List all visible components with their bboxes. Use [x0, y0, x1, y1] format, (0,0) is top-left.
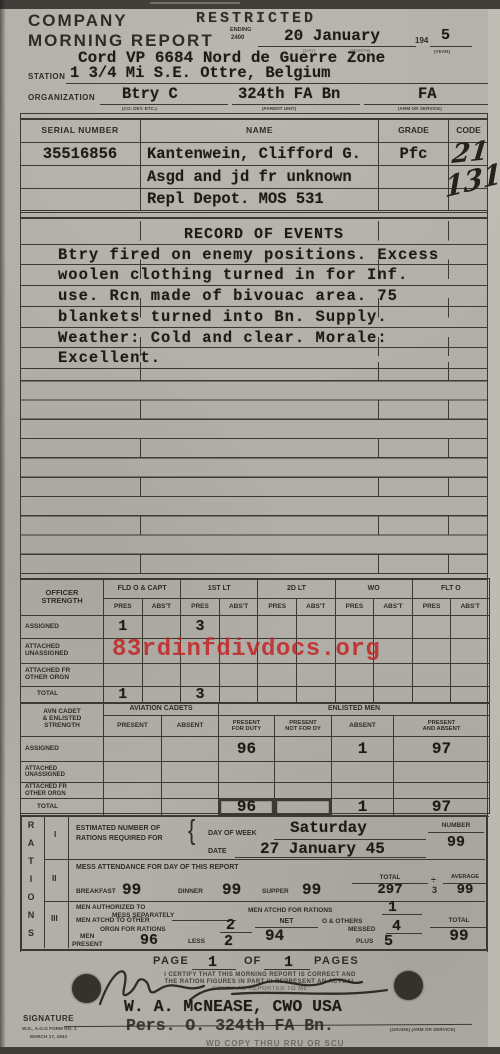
- wd-copy-note: WD COPY THRU RRU OR SCU: [206, 1040, 344, 1048]
- officer-cell: [335, 664, 374, 687]
- enlisted-cell: [161, 737, 218, 762]
- org-unit-sublabel: (CO. DET. ETC.): [122, 107, 157, 112]
- roster-serial: [20, 166, 140, 189]
- year-underline: [430, 46, 472, 47]
- officer-cell: [219, 664, 258, 687]
- enlisted-col-header: ABSENT: [331, 716, 393, 737]
- roster-bottom-rule: [20, 212, 488, 219]
- enlisted-men-group-header: ENLISTED MEN: [218, 703, 489, 716]
- org-arm-value: FA: [418, 87, 437, 103]
- atchd-for-underline: [382, 914, 422, 915]
- form-title-line1: COMPANY: [28, 12, 128, 29]
- form-title-line2: MORNING REPORT: [28, 32, 214, 49]
- supper-label: SUPPER: [262, 889, 289, 896]
- day-of-week-value: Saturday: [290, 820, 367, 836]
- dinner-label: DINNER: [178, 889, 203, 896]
- officer-group-header: 2D LT: [257, 579, 334, 599]
- officer-cell: [450, 639, 489, 664]
- blank-col-divider: [448, 362, 449, 574]
- plus-value: 5: [384, 934, 393, 949]
- enlisted-col-header: PRESENT FOR DUTY: [218, 716, 274, 737]
- rations-side-label: RATIONS: [26, 820, 35, 946]
- enlisted-col-header: PRESENT AND ABSENT: [393, 716, 489, 737]
- aviation-cadets-group-header: AVIATION CADETS: [103, 703, 218, 716]
- enlisted-cell: [274, 762, 331, 783]
- men-present-value: 96: [140, 933, 158, 948]
- officer-cell: [103, 664, 142, 687]
- organization-label: ORGANIZATION: [28, 94, 95, 102]
- officer-cell: [180, 664, 219, 687]
- officer-group-header: FLT O: [412, 579, 489, 599]
- men-atchd-other-value: 2: [226, 918, 235, 933]
- enlisted-col-header: PRESENT: [103, 716, 161, 737]
- roster-serial: [20, 189, 140, 211]
- events-line: Btry fired on enemy positions. Excess: [58, 248, 439, 264]
- roster-col-serial: SERIAL NUMBER: [20, 119, 140, 143]
- breakfast-value: 99: [122, 882, 141, 898]
- rations-section: RATIONS I II III ESTIMATED NUMBER OF RAT…: [20, 815, 488, 951]
- scan-top-edge-highlight: [150, 2, 240, 4]
- officer-cell: [450, 616, 489, 639]
- events-line: Weather: Cold and clear. Morale:: [58, 331, 388, 347]
- scan-bottom-edge: [0, 1047, 500, 1054]
- plus-label: PLUS: [356, 939, 373, 946]
- enlisted-cell: [393, 783, 489, 799]
- enlisted-col-header: PRESENT NOT FOR DY: [274, 716, 331, 737]
- enlisted-cell: 1: [331, 737, 393, 762]
- year-sublabel: (YEAR): [434, 50, 450, 55]
- roster-grade: [378, 189, 448, 211]
- officer-subheader-abst: ABS'T: [450, 599, 489, 616]
- enlisted-table-title: AVN CADET & ENLISTED STRENGTH: [21, 703, 103, 737]
- officer-cell: [412, 639, 451, 664]
- roster-serial: 35516856: [20, 143, 140, 166]
- roster-name: Asgd and jd fr unknown: [140, 166, 378, 189]
- officer-subheader-pres: PRES: [257, 599, 296, 616]
- officer-subheader-abst: ABS'T: [219, 599, 258, 616]
- officer-row-label: ASSIGNED: [21, 616, 103, 639]
- rations-total-box: TOTAL 99: [430, 916, 488, 949]
- roster-table: SERIAL NUMBER NAME GRADE CODE 35516856 K…: [20, 119, 488, 211]
- men-atchd-for-rations-label: MEN ATCHD FOR RATIONS: [248, 908, 332, 915]
- enlisted-row-label: ASSIGNED: [21, 737, 103, 762]
- officer-row-label: ATTACHED FR OTHER ORGN: [21, 664, 103, 687]
- roster-grade: Pfc: [378, 143, 448, 166]
- officer-cell: [412, 664, 451, 687]
- events-line-row: use. Rcn made of bivouac area. 75: [20, 286, 488, 307]
- report-date-value: 20 January: [284, 28, 380, 44]
- roster-grade: [378, 166, 448, 189]
- enlisted-cell: 96: [218, 737, 274, 762]
- officer-table-title: OFFICER STRENGTH: [21, 579, 103, 616]
- day-of-week-label: DAY OF WEEK: [208, 830, 257, 837]
- net-value: 94: [255, 928, 318, 944]
- rations-brace: {: [188, 816, 195, 844]
- morning-report-scan: COMPANY MORNING REPORT RESTRICTED ENDING…: [0, 0, 500, 1054]
- officer-cell: [257, 664, 296, 687]
- number-value: 99: [428, 833, 484, 853]
- officer-subheader-abst: ABS'T: [373, 599, 412, 616]
- form-date: MARCH 17, 1943: [30, 1035, 67, 1040]
- date-underline-2: [235, 857, 426, 858]
- enlisted-row-label: ATTACHED UNASSIGNED: [21, 762, 103, 783]
- org-parent-sublabel: (PARENT UNIT): [262, 107, 296, 112]
- mess-attendance-label: MESS ATTENDANCE FOR DAY OF THIS REPORT: [76, 864, 239, 871]
- blank-col-divider: [140, 362, 141, 574]
- station-value: 1 3/4 Mi S.E. Ottre, Belgium: [70, 66, 330, 82]
- signer-name: W. A. McNEASE, CWO USA: [124, 999, 342, 1016]
- officer-cell: [142, 664, 181, 687]
- rations-sep-1: [44, 859, 485, 860]
- org-arm-sublabel: (ARM OR SERVICE): [398, 107, 442, 112]
- officer-cell: [373, 664, 412, 687]
- ending-label: ENDING: [230, 28, 251, 34]
- org-parent-underline: [232, 104, 360, 105]
- officer-subheader-pres: PRES: [180, 599, 219, 616]
- number-label: NUMBER: [428, 820, 484, 833]
- roster-name: Kantenwein, Clifford G.: [140, 143, 378, 166]
- enlisted-strength-table: AVN CADET & ENLISTED STRENGTH AVIATION C…: [20, 702, 490, 814]
- enlisted-cell: [218, 783, 274, 799]
- officer-subheader-pres: PRES: [335, 599, 374, 616]
- year-prefix: 194: [415, 37, 428, 45]
- enlisted-col-header: ABSENT: [161, 716, 218, 737]
- events-heading-row: RECORD OF EVENTS: [20, 221, 488, 245]
- officer-subheader-pres: PRES: [412, 599, 451, 616]
- date-underline: [258, 46, 416, 47]
- men-label: MEN: [80, 934, 94, 941]
- record-of-events-block: RECORD OF EVENTS Btry fired on enemy pos…: [20, 221, 488, 362]
- events-line-row: woolen clothing turned in for Inf.: [20, 265, 488, 286]
- others-messed-label-2: MESSED: [348, 927, 375, 934]
- rations-numeral-I: I: [54, 831, 56, 839]
- officer-group-header: 1ST LT: [180, 579, 257, 599]
- officer-row-label: ATTACHED UNASSIGNED: [21, 639, 103, 664]
- enlisted-cell: [331, 762, 393, 783]
- enlisted-cell: [161, 783, 218, 799]
- rations-sep-2: [44, 901, 485, 902]
- enlisted-cell: [103, 762, 161, 783]
- roster-name: Repl Depot. MOS 531: [140, 189, 378, 211]
- events-line: blankets turned into Bn. Supply.: [58, 310, 388, 326]
- rations-number-box: NUMBER 99: [428, 820, 484, 857]
- officer-cell: [296, 664, 335, 687]
- org-parent-value: 324th FA Bn: [238, 87, 340, 103]
- rations-est-label-1: ESTIMATED NUMBER OF: [76, 825, 160, 832]
- enlisted-cell: [331, 783, 393, 799]
- breakfast-label: BREAKFAST: [76, 889, 116, 896]
- signature-label: SIGNATURE: [23, 1015, 74, 1023]
- men-present-box: 96: [116, 931, 182, 950]
- rations-total-value: 99: [430, 928, 488, 944]
- officer-subheader-pres: PRES: [103, 599, 142, 616]
- grade-arm-sublabel: (GRADE) (ARM OR SERVICE): [390, 1028, 455, 1033]
- officer-group-header: WO: [335, 579, 412, 599]
- less-value: 2: [224, 934, 233, 949]
- events-line-row: blankets turned into Bn. Supply.: [20, 307, 488, 328]
- scan-left-edge: [0, 0, 6, 1054]
- scan-top-edge: [0, 0, 500, 9]
- officer-cell: [412, 616, 451, 639]
- rations-letter-col-line: [44, 817, 45, 948]
- enlisted-row-label: ATTACHED FR OTHER ORGN: [21, 783, 103, 799]
- mess-average-box: AVERAGE 99: [443, 873, 487, 900]
- blank-col-divider: [378, 362, 379, 574]
- date-value: 27 January 45: [260, 841, 385, 857]
- roster-col-name: NAME: [140, 119, 378, 143]
- officer-cell: [450, 664, 489, 687]
- men-authorized-label-1: MEN AUTHORIZED TO: [76, 905, 145, 912]
- enlisted-cell: [103, 783, 161, 799]
- enlisted-cell: [274, 783, 331, 799]
- mess-total-value: 297: [352, 884, 428, 896]
- events-heading: RECORD OF EVENTS: [184, 227, 344, 242]
- divisor: 3: [432, 886, 437, 895]
- rations-est-label-2: RATIONS REQUIRED FOR: [76, 835, 163, 842]
- enlisted-cell: [393, 762, 489, 783]
- date-label: DATE: [208, 848, 227, 855]
- others-messed-label-1: O & OTHERS: [322, 919, 362, 926]
- rations-numeral-col-line: [68, 817, 69, 948]
- restricted-stamp: RESTRICTED: [196, 11, 316, 26]
- enlisted-cell: [161, 762, 218, 783]
- enlisted-cell: [218, 762, 274, 783]
- officer-group-header: FLD O & CAPT: [103, 579, 180, 599]
- events-line-row: Btry fired on enemy positions. Excess: [20, 245, 488, 266]
- enlisted-cell: [103, 737, 161, 762]
- year-value: 5: [441, 28, 450, 43]
- ending-time: 2400: [231, 35, 244, 41]
- mess-average-value: 99: [443, 884, 487, 896]
- events-line: use. Rcn made of bivouac area. 75: [58, 289, 398, 305]
- others-messed-value: 4: [392, 919, 401, 934]
- less-label: LESS: [188, 939, 205, 946]
- signer-org: Pers. O. 324th FA Bn.: [126, 1018, 334, 1035]
- form-number: W.D., A.G.O FORM NO. 1: [22, 1027, 76, 1032]
- net-box: NET 94: [255, 916, 318, 949]
- present-label: PRESENT: [72, 942, 103, 949]
- officer-subheader-abst: ABS'T: [296, 599, 335, 616]
- divide-sign: ÷: [431, 876, 436, 885]
- enlisted-cell: 97: [393, 737, 489, 762]
- men-atchd-for-rations-value: 1: [388, 900, 397, 915]
- org-unit-value: Btry C: [122, 87, 178, 103]
- roster-col-grade: GRADE: [378, 119, 448, 143]
- events-line-row: Weather: Cold and clear. Morale:: [20, 328, 488, 349]
- events-line: woolen clothing turned in for Inf.: [58, 268, 408, 284]
- officer-subheader-abst: ABS'T: [142, 599, 181, 616]
- mess-total-box: TOTAL 297: [352, 873, 428, 900]
- rations-numeral-II: II: [52, 875, 56, 883]
- station-label: STATION: [28, 73, 65, 81]
- men-atchd-other-label-1: MEN ATCHD TO OTHER: [76, 918, 150, 925]
- org-unit-underline: [100, 104, 228, 105]
- supper-value: 99: [302, 882, 321, 898]
- watermark-text: 83rdinfdivdocs.org: [112, 638, 380, 662]
- blank-ruled-area: [20, 362, 488, 574]
- dinner-value: 99: [222, 882, 241, 898]
- rations-numeral-III: III: [51, 915, 58, 923]
- org-arm-underline: [364, 104, 488, 105]
- enlisted-cell: [274, 737, 331, 762]
